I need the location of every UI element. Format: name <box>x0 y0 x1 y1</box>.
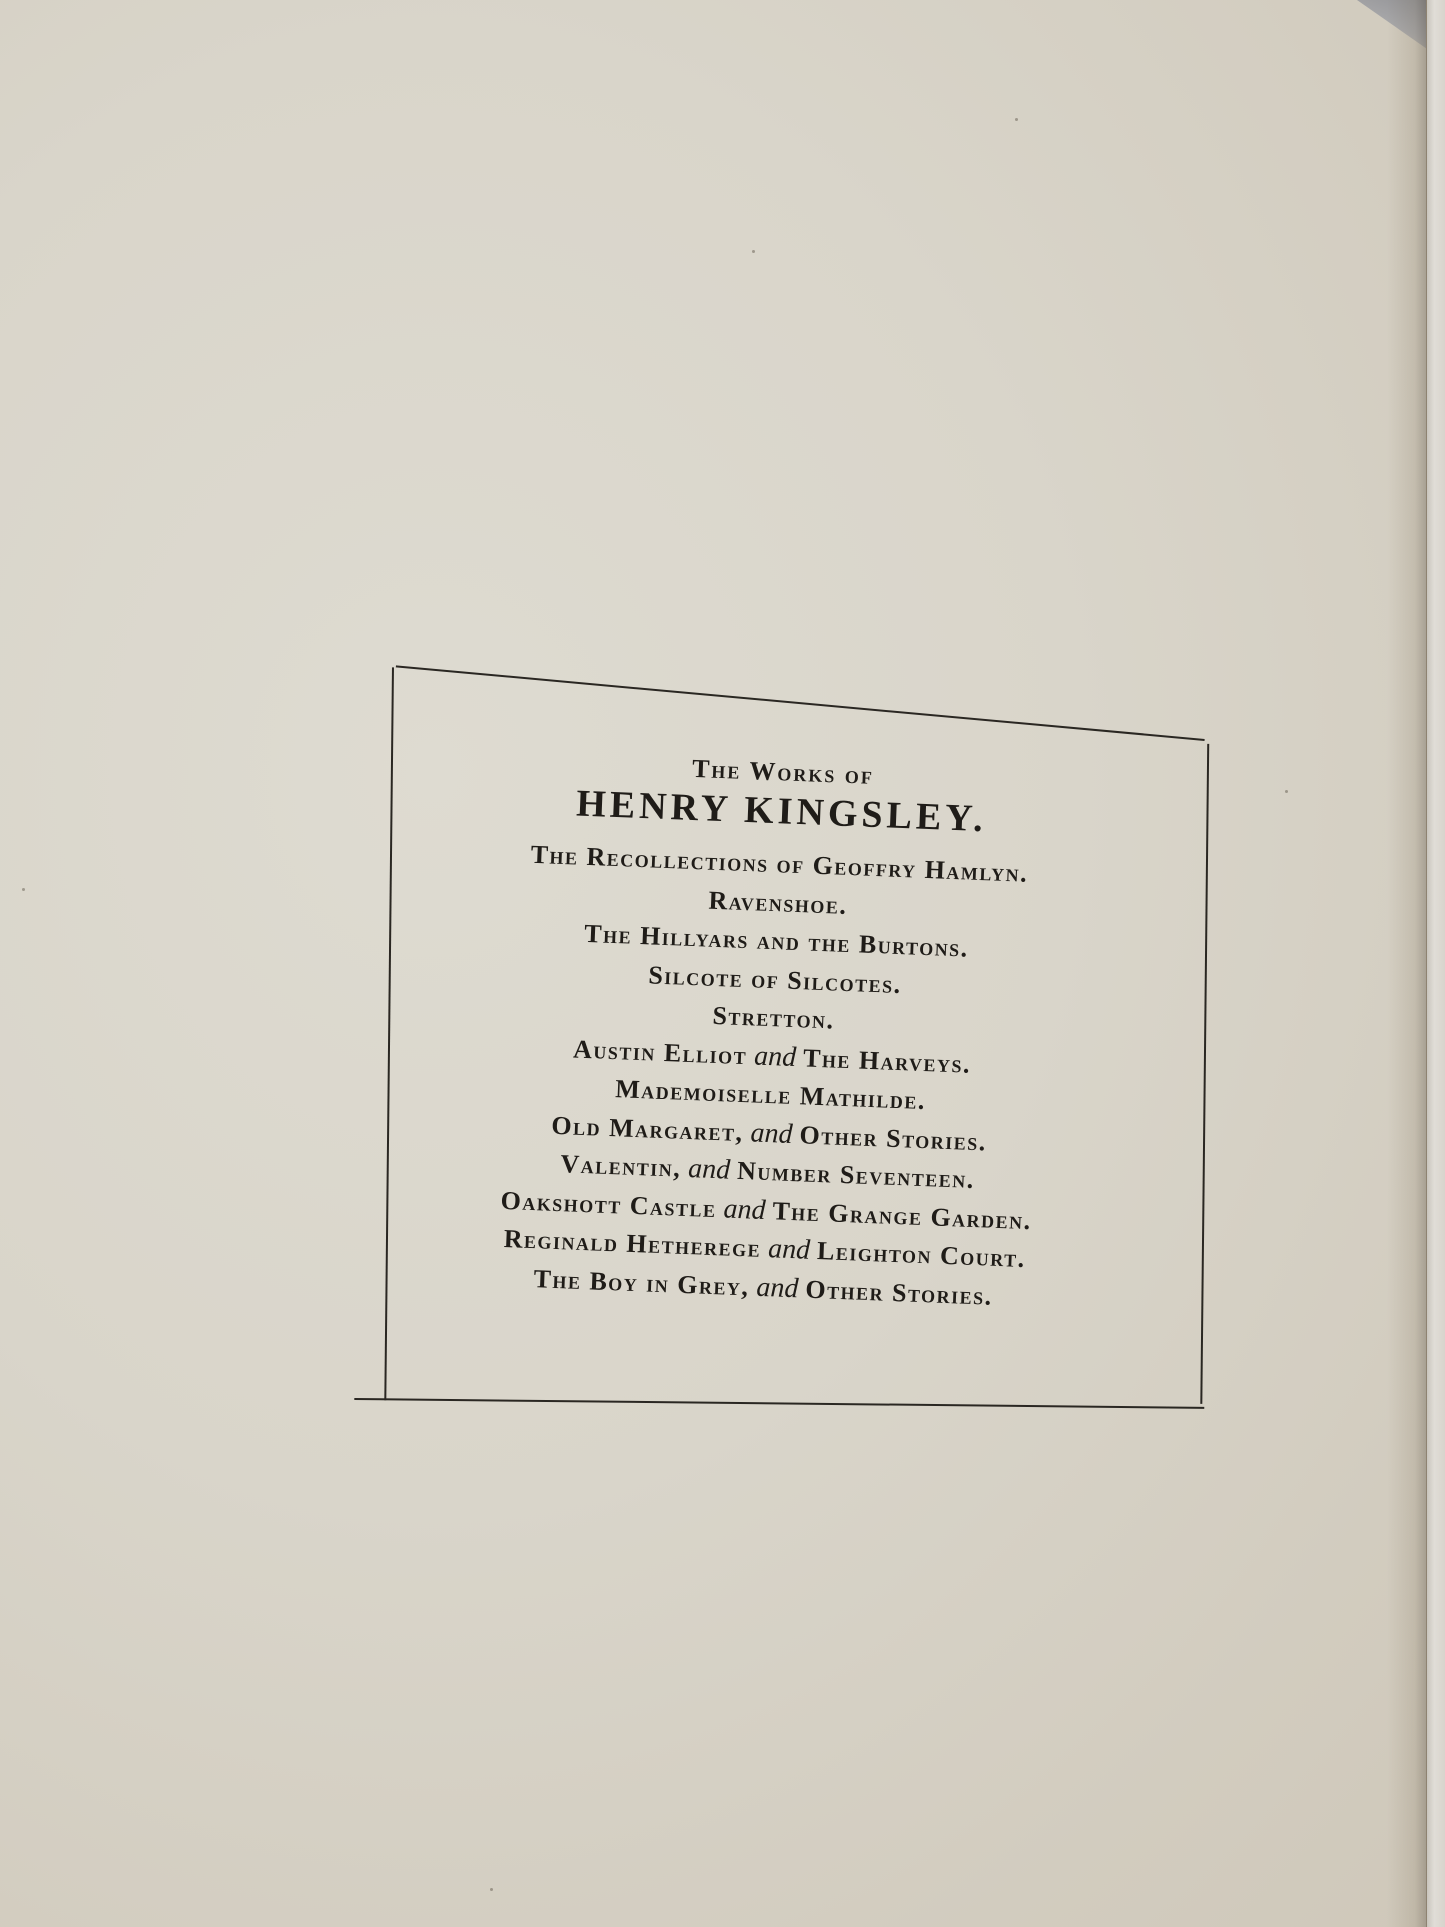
page-gutter-shadow <box>1387 0 1427 1927</box>
paper-speck <box>1285 790 1288 793</box>
card-content: The Works of HENRY KINGSLEY. The Recolle… <box>362 653 1211 686</box>
card-border-bottom <box>354 1398 1204 1409</box>
paper-speck <box>752 250 755 253</box>
book-page: The Works of HENRY KINGSLEY. The Recolle… <box>0 0 1445 1927</box>
works-list-card: The Works of HENRY KINGSLEY. The Recolle… <box>354 665 1212 1409</box>
paper-speck <box>22 888 25 891</box>
paper-speck <box>1015 118 1018 121</box>
paper-speck <box>490 1888 493 1891</box>
card-border-top <box>396 665 1205 741</box>
works-list: The Recollections of Geoffry Hamlyn. Rav… <box>338 829 1205 1323</box>
page-fore-edge <box>1426 0 1445 1927</box>
